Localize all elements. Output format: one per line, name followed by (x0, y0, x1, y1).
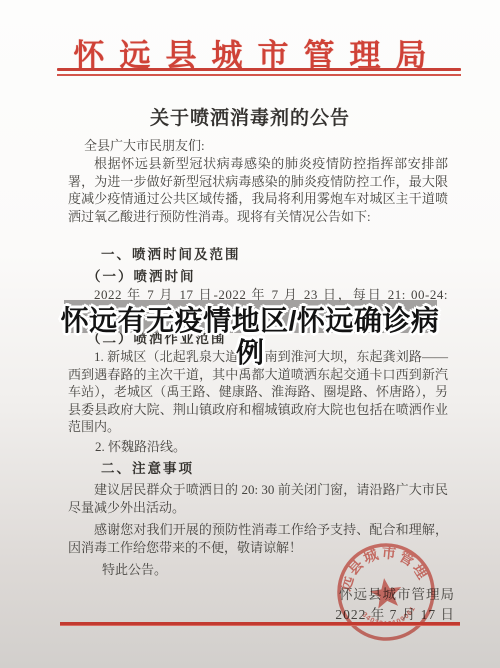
official-seal-stamp: 怀远县城市管理局 3403210109061 (323, 529, 449, 655)
salutation: 全县广大市民朋友们: (84, 137, 205, 155)
caption-overlay-line2: 例 (0, 331, 500, 371)
letterhead-rule-thick (57, 68, 461, 71)
section2-heading: 二、注意事项 (101, 460, 194, 478)
svg-text:3403210109061: 3403210109061 (360, 604, 419, 631)
note-paragraph-1: 建议居民群众于喷洒日的 20: 30 前关闭门窗，请沿路广大市民尽量减少外出活动… (68, 481, 448, 516)
document-title: 关于喷洒消毒剂的公告 (0, 103, 500, 130)
announcement-photo: 怀远县城市管理局 关于喷洒消毒剂的公告 全县广大市民朋友们: 根据怀远县新型冠状… (0, 0, 500, 668)
seal-serial-number: 3403210109061 (360, 604, 419, 631)
bottom-rule (60, 622, 460, 625)
section1-heading: 一、喷洒时间及范围 (101, 246, 241, 264)
letterhead-rule-thin (57, 74, 461, 76)
scope-item-2: 2. 怀魏路沿线。 (95, 438, 186, 456)
closing-line: 特此公告。 (102, 561, 167, 579)
seal-star-icon (368, 576, 403, 610)
section1-sub1-heading: （一）喷洒时间 (87, 268, 196, 286)
intro-paragraph: 根据怀远县新型冠状病毒感染的肺炎疫情防控指挥部安排部署，为进一步做好新型冠状病毒… (68, 155, 448, 225)
